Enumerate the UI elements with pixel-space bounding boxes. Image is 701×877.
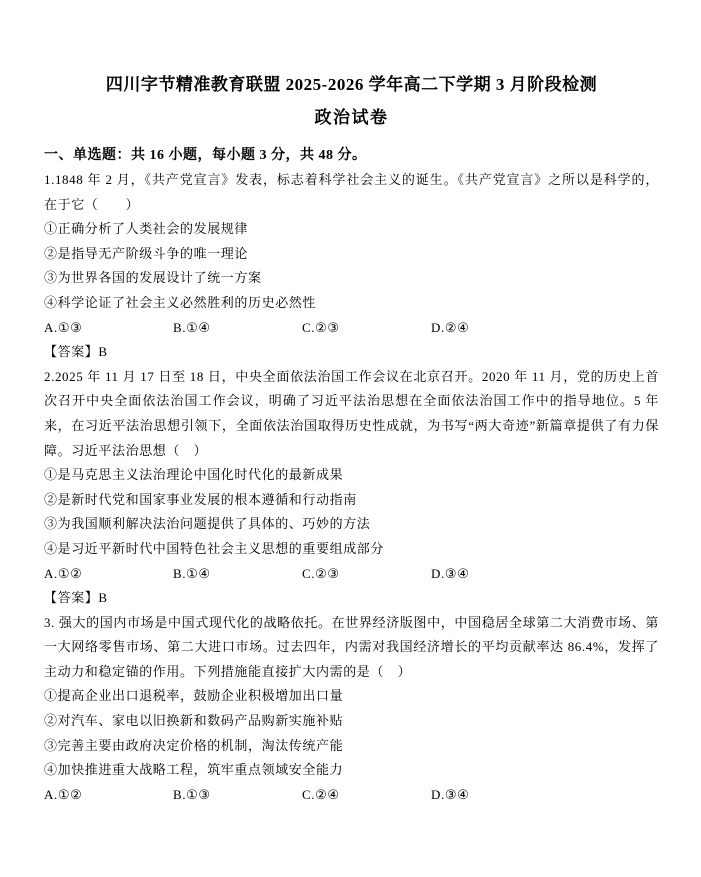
question-2-option-a: A.①② bbox=[44, 562, 173, 587]
question-2-item-2: ②是新时代党和国家事业发展的根本遵循和行动指南 bbox=[44, 488, 659, 513]
question-2-options: A.①② B.①④ C.②③ D.③④ bbox=[44, 562, 659, 587]
question-2-item-3: ③为我国顺利解决法治问题提供了具体的、巧妙的方法 bbox=[44, 512, 659, 537]
questions-container: 1.1848 年 2 月，《共产党宣言》发表，标志着科学社会主义的诞生。《共产党… bbox=[44, 168, 659, 807]
question-1: 1.1848 年 2 月，《共产党宣言》发表，标志着科学社会主义的诞生。《共产党… bbox=[44, 168, 659, 365]
question-1-item-4: ④科学论证了社会主义必然胜利的历史必然性 bbox=[44, 291, 659, 316]
question-2-item-4: ④是习近平新时代中国特色社会主义思想的重要组成部分 bbox=[44, 537, 659, 562]
question-1-options: A.①③ B.①④ C.②③ D.②④ bbox=[44, 316, 659, 341]
question-3: 3. 强大的国内市场是中国式现代化的战略依托。在世界经济版图中，中国稳居全球第二… bbox=[44, 611, 659, 808]
section-header: 一、单选题：共 16 小题，每小题 3 分，共 48 分。 bbox=[44, 144, 659, 168]
exam-title: 四川字节精准教育联盟 2025-2026 学年高二下学期 3 月阶段检测 bbox=[44, 72, 659, 98]
question-1-option-d: D.②④ bbox=[431, 316, 469, 341]
question-2-option-b: B.①④ bbox=[173, 562, 302, 587]
question-2: 2.2025 年 11 月 17 日至 18 日，中央全面依法治国工作会议在北京… bbox=[44, 365, 659, 611]
question-1-option-a: A.①③ bbox=[44, 316, 173, 341]
question-3-options: A.①② B.①③ C.②④ D.③④ bbox=[44, 783, 659, 808]
question-2-item-1: ①是马克思主义法治理论中国化时代化的最新成果 bbox=[44, 463, 659, 488]
question-3-option-d: D.③④ bbox=[431, 783, 469, 808]
exam-paper-page: 四川字节精准教育联盟 2025-2026 学年高二下学期 3 月阶段检测 政治试… bbox=[0, 0, 701, 877]
exam-subtitle: 政治试卷 bbox=[44, 105, 659, 131]
question-3-item-2: ②对汽车、家电以旧换新和数码产品购新实施补贴 bbox=[44, 709, 659, 734]
question-1-item-2: ②是指导无产阶级斗争的唯一理论 bbox=[44, 242, 659, 267]
question-2-stem: 2.2025 年 11 月 17 日至 18 日，中央全面依法治国工作会议在北京… bbox=[44, 365, 659, 463]
question-3-item-1: ①提高企业出口退税率，鼓励企业积极增加出口量 bbox=[44, 684, 659, 709]
question-3-item-3: ③完善主要由政府决定价格的机制，淘汰传统产能 bbox=[44, 734, 659, 759]
question-1-stem: 1.1848 年 2 月，《共产党宣言》发表，标志着科学社会主义的诞生。《共产党… bbox=[44, 168, 659, 217]
question-2-answer: 【答案】B bbox=[44, 586, 659, 611]
question-2-option-d: D.③④ bbox=[431, 562, 469, 587]
question-1-option-c: C.②③ bbox=[302, 316, 431, 341]
question-1-option-b: B.①④ bbox=[173, 316, 302, 341]
question-3-option-b: B.①③ bbox=[173, 783, 302, 808]
question-3-option-c: C.②④ bbox=[302, 783, 431, 808]
question-3-stem: 3. 强大的国内市场是中国式现代化的战略依托。在世界经济版图中，中国稳居全球第二… bbox=[44, 611, 659, 685]
question-3-item-4: ④加快推进重大战略工程，筑牢重点领域安全能力 bbox=[44, 758, 659, 783]
question-1-item-1: ①正确分析了人类社会的发展规律 bbox=[44, 217, 659, 242]
question-3-option-a: A.①② bbox=[44, 783, 173, 808]
question-1-item-3: ③为世界各国的发展设计了统一方案 bbox=[44, 266, 659, 291]
question-1-answer: 【答案】B bbox=[44, 340, 659, 365]
question-2-option-c: C.②③ bbox=[302, 562, 431, 587]
